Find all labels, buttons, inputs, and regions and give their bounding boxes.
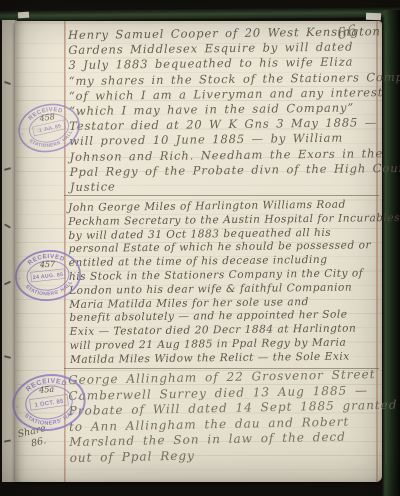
probate-entry-miles: John George Miles of Harlington Williams… xyxy=(68,198,382,367)
scanned-register-photo: 66 Henry Samuel Cooper of 20 West Kensin… xyxy=(0,0,400,496)
stamp-star-left: * xyxy=(16,405,19,411)
register-page: 66 Henry Samuel Cooper of 20 West Kensin… xyxy=(15,21,382,482)
handwriting-fragment xyxy=(4,355,11,359)
stamp-star-right: * xyxy=(74,271,77,276)
stamp-star-right: * xyxy=(78,397,81,403)
stamp-handwritten-number: 45a xyxy=(39,385,55,395)
stamp-handwritten-number: 457 xyxy=(40,259,56,269)
handwriting-fragment xyxy=(4,439,11,442)
stamp-star-left: * xyxy=(21,132,24,137)
book-cover-top-edge xyxy=(0,6,400,21)
margin-note-value: 86. xyxy=(30,435,50,451)
stationers-hall-received-stamp-3: RECEIVED STATIONERS' HALL 1 OCT. 85 * * … xyxy=(6,366,92,439)
paper-edge-sliver xyxy=(18,12,29,19)
probate-entry-cooper: Henry Samuel Cooper of 20 West Kensingto… xyxy=(68,24,382,195)
handwriting-fragment xyxy=(4,281,11,286)
entry-separator-line xyxy=(64,195,379,196)
probate-entry-allingham: George Allingham of 22 Grosvenor StreetC… xyxy=(68,367,382,466)
stamp-star-right: * xyxy=(73,120,76,125)
paper-edge-sliver xyxy=(366,13,381,21)
handwriting-line: Matilda Miles Widow the Relict — the Sol… xyxy=(70,350,382,368)
stamp-date: 1 OCT. 85 xyxy=(34,399,64,409)
stamp-date: 24 AUG. 85 xyxy=(33,272,64,281)
handwriting-fragment xyxy=(4,81,11,85)
handwriting-fragment xyxy=(4,167,11,171)
stamp-star-left: * xyxy=(18,277,21,282)
handwriting-fragment xyxy=(4,223,11,228)
stationers-hall-received-stamp-2: RECEIVED STATIONERS' HALL 24 AUG. 85 * *… xyxy=(10,243,86,307)
